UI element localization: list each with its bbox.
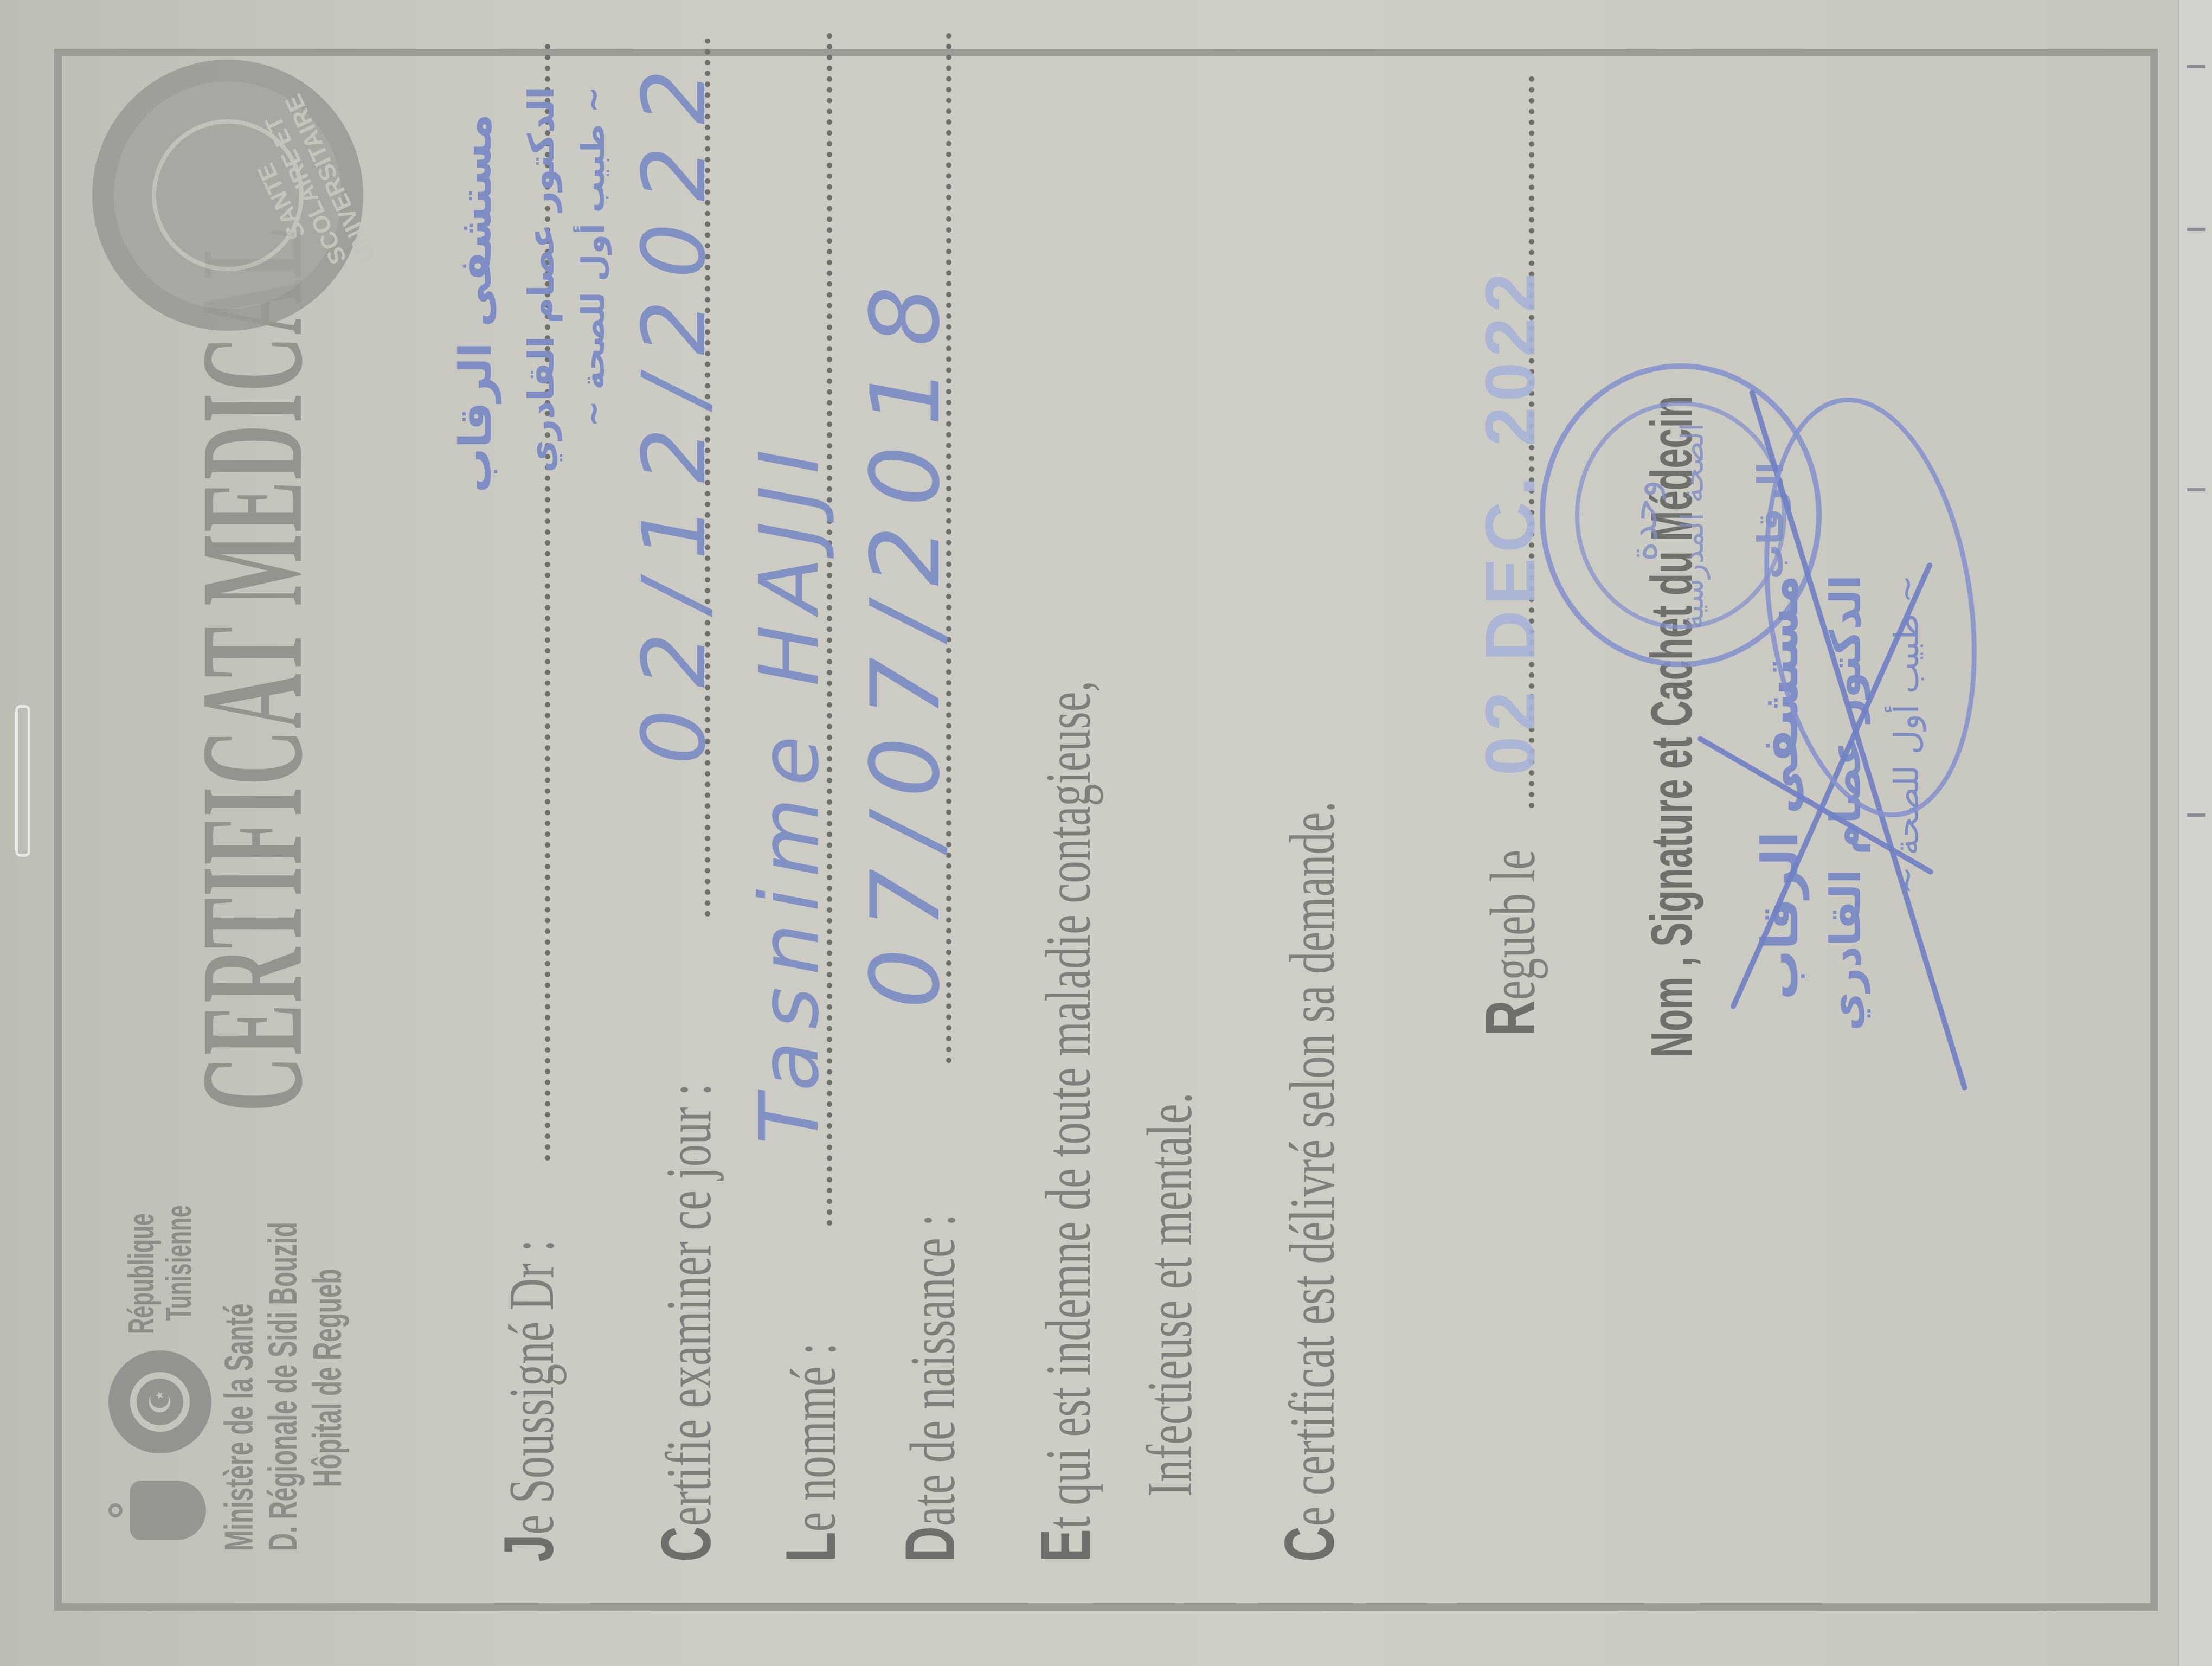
field-patient-name: Le nommé : [770, 1248, 851, 1562]
adjacent-page-edge [2178, 0, 2212, 1666]
field-exam-date: Certifie examiner ce jour : [645, 879, 726, 1562]
country-line-2: Tunisienne [160, 1205, 197, 1334]
statement-line-1: Et qui est indemne de toute maladie cont… [1025, 303, 1106, 1562]
field-birth-date: Date de naissance : [889, 1065, 970, 1562]
field-label: e Soussigné Dr : [496, 1240, 567, 1535]
tunisia-coat-of-arms-icon [108, 1470, 211, 1551]
closing-line: Ce certificat est délivré selon sa deman… [1269, 475, 1350, 1562]
institution-header: ☪ République Tunisienne Ministère de la … [108, 1063, 349, 1551]
doctor-stamp-line-3: ~ طبيب أول للصحة ~ [575, 87, 612, 765]
doctor-stamp-line-1: مستشفى الرقاب [450, 114, 501, 765]
medical-certificate-document: ☪ République Tunisienne Ministère de la … [33, 27, 2179, 1632]
birth-date-value: 07/07/2018 [851, 266, 961, 1009]
paperclip [15, 705, 30, 857]
ministry-name: Ministère de la Santé [217, 1248, 261, 1551]
place-date: Regueb le [1469, 770, 1551, 1036]
doctor-stamp-line-2: الدكتور عصام القادري [520, 87, 562, 765]
school-health-round-stamp: SANTE SCOLAIRE ET UNIVERSITAIRE [92, 60, 363, 331]
unit-stamp-line-1: وحدة [1621, 439, 1666, 602]
regional-direction: D. Régionale de Sidi Bouzid [261, 1248, 305, 1551]
page-title: CERTIFICAT MEDICAL [168, 226, 336, 1112]
country-line-1: République [123, 1205, 160, 1334]
exam-date-value: 02/12/2022 [623, 48, 725, 765]
field-doctor: Je Soussigné Dr : [488, 1101, 569, 1562]
patient-name-value: Tasnime HAJJI [743, 438, 837, 1144]
date-stamp-value: 02 DEC. 2022 [1469, 267, 1551, 776]
crescent-star-seal-icon: ☪ [108, 1350, 211, 1453]
statement-line-2: Infectieuse et mentale. [1133, 919, 1207, 1497]
hospital-name: Hôpital de Regueb [305, 1248, 349, 1551]
unit-stamp-line-2: الصحة المدرسية [1675, 423, 1711, 618]
